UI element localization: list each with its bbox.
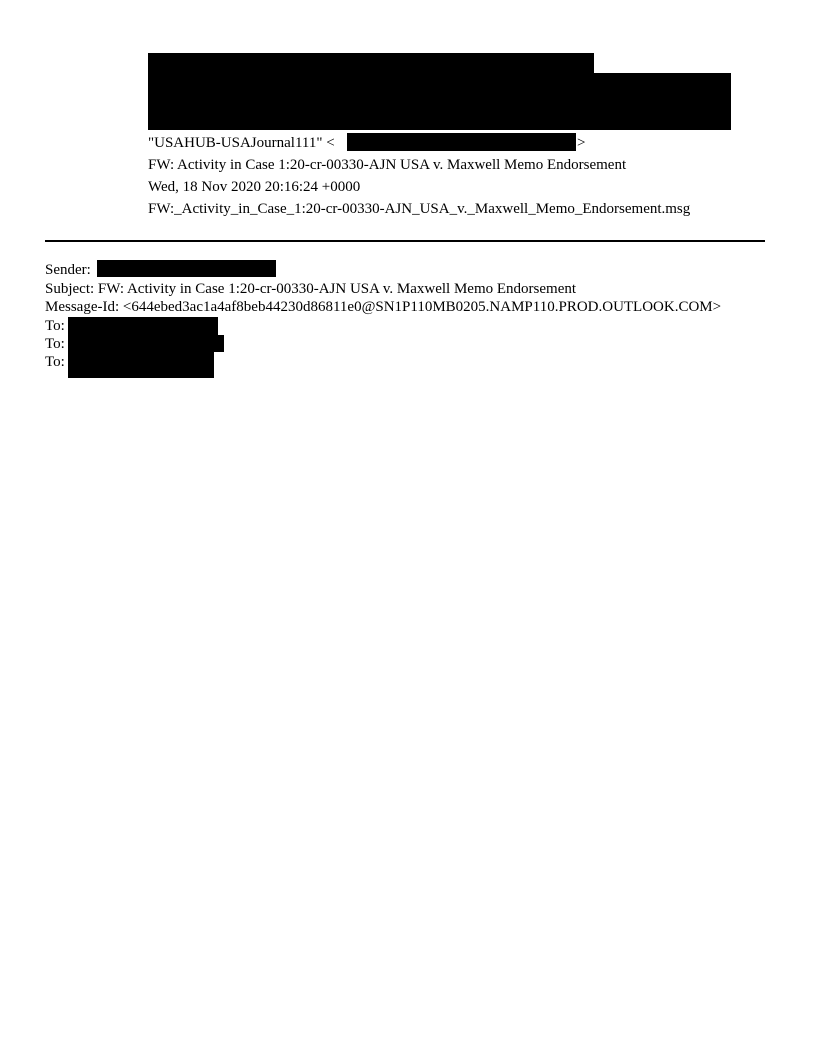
recipient-row: To: bbox=[45, 353, 65, 371]
bcc-redaction bbox=[347, 133, 576, 151]
subject-value: FW: Activity in Case 1:20-cr-00330-AJN U… bbox=[148, 155, 626, 175]
embedded-subject-row: Subject: FW: Activity in Case 1:20-cr-00… bbox=[45, 280, 576, 298]
message-id-label: Message-Id: bbox=[45, 299, 119, 315]
recipient-redaction bbox=[68, 352, 214, 378]
bcc-value-suffix: > bbox=[577, 133, 585, 153]
message-id-row: Message-Id: <644ebed3ac1a4af8beb44230d86… bbox=[45, 298, 721, 316]
embedded-subject-label: Subject: bbox=[45, 281, 94, 297]
embedded-attachment-link[interactable]: FW:_Activity_in_Case_1:20-cr-00330-AJN_U… bbox=[148, 199, 690, 219]
section-divider bbox=[45, 240, 765, 242]
recipient-label: To: bbox=[45, 354, 65, 370]
to-redaction bbox=[148, 73, 731, 130]
recipient-row: To: bbox=[45, 317, 65, 335]
sender-row: Sender: bbox=[45, 261, 91, 279]
recipient-label: To: bbox=[45, 336, 65, 352]
embedded-subject-value: FW: Activity in Case 1:20-cr-00330-AJN U… bbox=[98, 281, 576, 297]
sender-label: Sender: bbox=[45, 262, 91, 278]
recipient-label: To: bbox=[45, 318, 65, 334]
bcc-value-prefix: "USAHUB-USAJournal111" < bbox=[148, 133, 335, 153]
recipient-redaction bbox=[68, 317, 218, 336]
date-value: Wed, 18 Nov 2020 20:16:24 +0000 bbox=[148, 177, 360, 197]
from-redaction bbox=[148, 53, 594, 74]
sender-redaction bbox=[97, 260, 276, 277]
recipient-redaction bbox=[68, 335, 224, 352]
recipient-row: To: bbox=[45, 335, 65, 353]
message-id-value: <644ebed3ac1a4af8beb44230d86811e0@SN1P11… bbox=[123, 299, 721, 315]
